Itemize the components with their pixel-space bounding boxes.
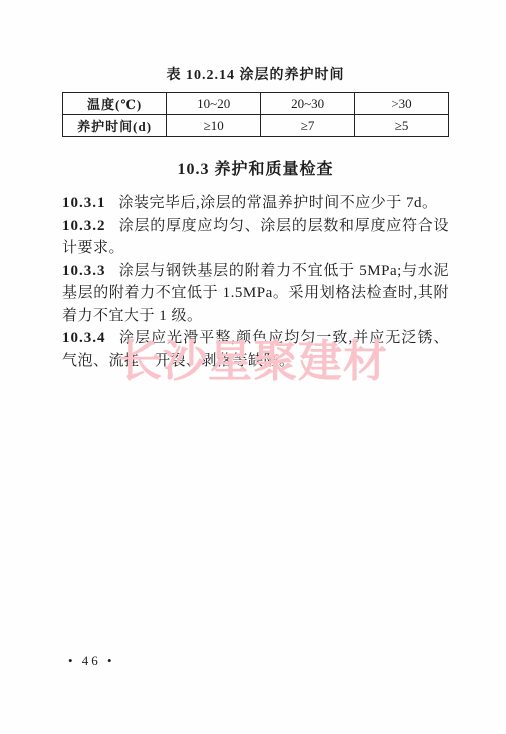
table-cell: 10~20 bbox=[167, 93, 261, 115]
clause-10-3-2: 10.3.2涂层的厚度应均匀、涂层的层数和厚度应符合设计要求。 bbox=[62, 215, 449, 260]
clause-number: 10.3.4 bbox=[62, 330, 106, 346]
clause-text: 涂层的厚度应均匀、涂层的层数和厚度应符合设计要求。 bbox=[62, 218, 449, 257]
clause-number: 10.3.1 bbox=[62, 195, 106, 211]
page-content: 表 10.2.14 涂层的养护时间 温度(℃) 10~20 20~30 >30 … bbox=[62, 64, 449, 372]
document-page: 表 10.2.14 涂层的养护时间 温度(℃) 10~20 20~30 >30 … bbox=[0, 0, 506, 734]
clause-text: 涂层应光滑平整,颜色应均匀一致,并应无泛锈、气泡、流挂、开裂、剥落等缺陷。 bbox=[62, 330, 449, 369]
clause-text: 涂装完毕后,涂层的常温养护时间不应少于 7d。 bbox=[119, 195, 438, 211]
table-cell: ≥5 bbox=[355, 115, 449, 137]
clause-text: 涂层与钢铁基层的附着力不宜低于 5MPa;与水泥基层的附着力不宜低于 1.5MP… bbox=[62, 263, 449, 324]
table-cell: ≥10 bbox=[167, 115, 261, 137]
clause-number: 10.3.2 bbox=[62, 218, 106, 234]
table-cell: >30 bbox=[355, 93, 449, 115]
table-row-curing-time: 养护时间(d) ≥10 ≥7 ≥5 bbox=[63, 115, 449, 137]
table-cell: 20~30 bbox=[261, 93, 355, 115]
clause-number: 10.3.3 bbox=[62, 263, 106, 279]
section-heading: 10.3 养护和质量检查 bbox=[62, 156, 449, 179]
clause-10-3-1: 10.3.1涂装完毕后,涂层的常温养护时间不应少于 7d。 bbox=[62, 192, 449, 215]
page-number: • 46 • bbox=[68, 653, 115, 669]
clause-10-3-4: 10.3.4涂层应光滑平整,颜色应均匀一致,并应无泛锈、气泡、流挂、开裂、剥落等… bbox=[62, 327, 449, 372]
curing-time-table: 温度(℃) 10~20 20~30 >30 养护时间(d) ≥10 ≥7 ≥5 bbox=[62, 92, 449, 137]
row-header-curing-time: 养护时间(d) bbox=[63, 115, 167, 137]
table-title: 表 10.2.14 涂层的养护时间 bbox=[62, 64, 449, 84]
table-row-temperature: 温度(℃) 10~20 20~30 >30 bbox=[63, 93, 449, 115]
table-cell: ≥7 bbox=[261, 115, 355, 137]
row-header-temperature: 温度(℃) bbox=[63, 93, 167, 115]
clause-10-3-3: 10.3.3涂层与钢铁基层的附着力不宜低于 5MPa;与水泥基层的附着力不宜低于… bbox=[62, 260, 449, 328]
